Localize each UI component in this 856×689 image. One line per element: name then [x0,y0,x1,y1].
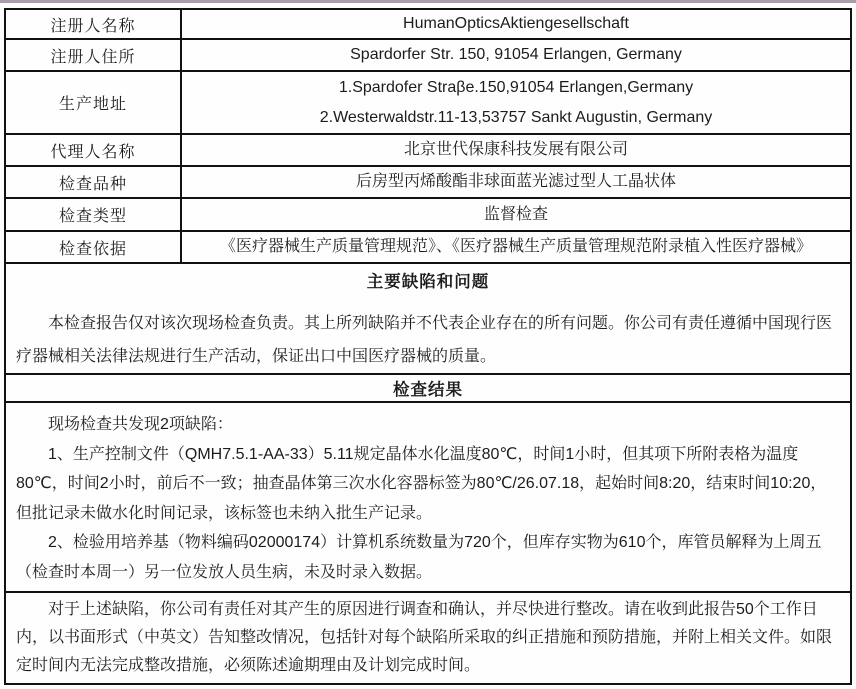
section-rectification: 对于上述缺陷，你公司有责任对其产生的原因进行调查和确认，并尽快进行整改。请在收到… [6,593,850,683]
section-results-body: 现场检查共发现2项缺陷： 1、生产控制文件（QMH7.5.1-AA-33）5.1… [6,403,850,593]
section-major-defects: 主要缺陷和问题 本检查报告仅对该次现场检查负责。其上所列缺陷并不代表企业存在的所… [6,264,850,375]
table-row-inspection-type: 检查类型 监督检查 [6,199,850,232]
section-header-results: 检查结果 [6,375,850,403]
table-row-inspected-product: 检查品种 后房型丙烯酸酯非球面蓝光滤过型人工晶状体 [6,167,850,199]
value-line: 2.Westerwaldstr.11-13,53757 Sankt August… [320,103,713,133]
row-label: 注册人住所 [6,40,182,70]
value-line: 监督检查 [484,201,548,229]
scan-top-edge [0,0,856,3]
inspection-report-table: 注册人名称 HumanOpticsAktiengesellschaft 注册人住… [4,8,852,685]
value-line: 后房型丙烯酸酯非球面蓝光滤过型人工晶状体 [356,168,676,196]
row-value: 《医疗器械生产质量管理规范》、《医疗器械生产质量管理规范附录植入性医疗器械》 [182,232,850,262]
table-row-inspection-basis: 检查依据 《医疗器械生产质量管理规范》、《医疗器械生产质量管理规范附录植入性医疗… [6,232,850,264]
value-line: 北京世代保康科技发展有限公司 [404,136,628,164]
row-value: 北京世代保康科技发展有限公司 [182,135,850,165]
row-value: 监督检查 [182,199,850,230]
row-value: HumanOpticsAktiengesellschaft [182,10,850,38]
value-line: HumanOpticsAktiengesellschaft [403,10,629,38]
value-line: Spardorfer Str. 150, 91054 Erlangen, Ger… [350,41,682,69]
value-line: 《医疗器械生产质量管理规范》、《医疗器械生产质量管理规范附录植入性医疗器械》 [220,233,812,261]
row-label: 检查依据 [6,232,182,262]
row-value: 1.Spardofer Straβe.150,91054 Erlangen,Ge… [182,72,850,133]
results-intro: 现场检查共发现2项缺陷： [16,410,840,440]
value-line: 1.Spardofer Straβe.150,91054 Erlangen,Ge… [339,73,693,103]
finding-1: 1、生产控制文件（QMH7.5.1-AA-33）5.11规定晶体水化温度80℃，… [16,440,840,529]
section-title-results: 检查结果 [393,376,463,400]
row-label: 检查类型 [6,199,182,230]
disclaimer-paragraph: 本检查报告仅对该次现场检查负责。其上所列缺陷并不代表企业存在的所有问题。你公司有… [6,307,850,373]
table-row-agent-name: 代理人名称 北京世代保康科技发展有限公司 [6,135,850,167]
row-label: 代理人名称 [6,135,182,165]
row-value: Spardorfer Str. 150, 91054 Erlangen, Ger… [182,40,850,70]
table-row-registrant-address: 注册人住所 Spardorfer Str. 150, 91054 Erlange… [6,40,850,72]
table-row-registrant-name: 注册人名称 HumanOpticsAktiengesellschaft [6,10,850,40]
row-label: 生产地址 [6,72,182,133]
table-row-production-address: 生产地址 1.Spardofer Straβe.150,91054 Erlang… [6,72,850,135]
row-label: 检查品种 [6,167,182,197]
inspection-report-page: 注册人名称 HumanOpticsAktiengesellschaft 注册人住… [0,0,856,689]
section-title-major-defects: 主要缺陷和问题 [6,270,850,294]
rectification-paragraph: 对于上述缺陷，你公司有责任对其产生的原因进行调查和确认，并尽快进行整改。请在收到… [16,596,840,680]
finding-2: 2、检验用培养基（物料编码02000174）计算机系统数量为720个，但库存实物… [16,528,840,587]
row-value: 后房型丙烯酸酯非球面蓝光滤过型人工晶状体 [182,167,850,197]
row-label: 注册人名称 [6,10,182,38]
